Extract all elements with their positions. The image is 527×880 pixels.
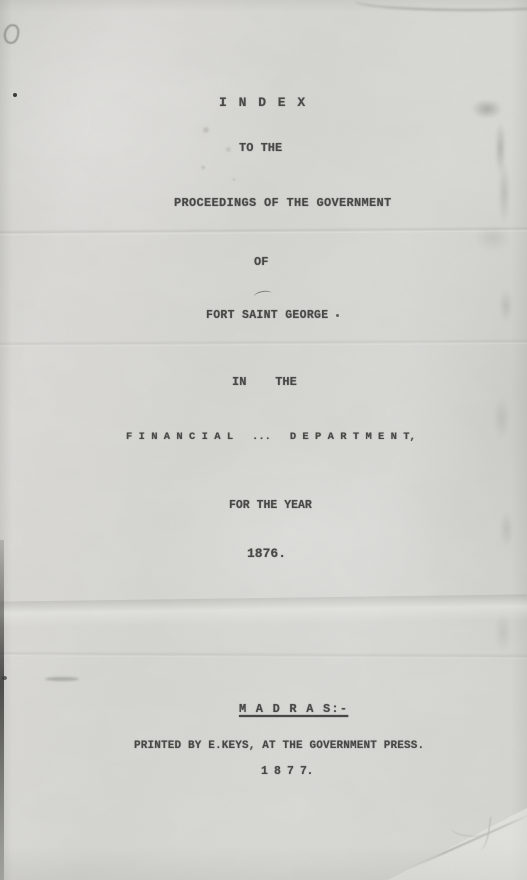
scanned-title-page: I N D E X TO THE PROCEEDINGS OF THE GOVE…: [0, 0, 527, 880]
corner-fold-crease: [408, 813, 527, 870]
paper-stain: [462, 100, 524, 250]
ink-spot: [13, 93, 17, 97]
line-for-the-year: FOR THE YEAR: [229, 500, 312, 512]
line-of: OF: [254, 256, 268, 268]
imprint-city: M A D R A S:-: [239, 703, 348, 715]
line-fort-saint-george: FORT SAINT GEORGE: [206, 310, 328, 322]
imprint-year-1877: 1 8 7 7.: [261, 766, 313, 778]
line-proceedings: PROCEEDINGS OF THE GOVERNMENT: [174, 197, 392, 209]
title-heading: I N D E X: [219, 96, 307, 109]
title-subheading: TO THE: [239, 142, 282, 154]
corner-fold-crease: [451, 818, 488, 841]
corner-fold-crease: [476, 815, 492, 850]
page-edge-shadow: [355, 0, 527, 11]
paper-smudge: [45, 677, 79, 681]
ink-spot: [336, 314, 339, 317]
handwritten-mark: [2, 23, 20, 45]
crease-line: [0, 594, 527, 627]
line-year-1876: 1876.: [247, 547, 286, 560]
pen-mark: [253, 289, 272, 300]
corner-fold: [388, 808, 527, 880]
paper-stain: [488, 280, 518, 710]
imprint-printer: PRINTED BY E.KEYS, AT THE GOVERNMENT PRE…: [134, 741, 424, 752]
page-edge-shadow: [0, 540, 4, 880]
line-in-the: IN THE: [232, 376, 297, 388]
ink-spot: [2, 676, 7, 680]
crease-line: [0, 651, 527, 660]
line-department: F I N A N C I A L ... D E P A R T M E N …: [126, 432, 416, 443]
crease-line: [0, 339, 527, 348]
crease-line: [0, 226, 527, 236]
